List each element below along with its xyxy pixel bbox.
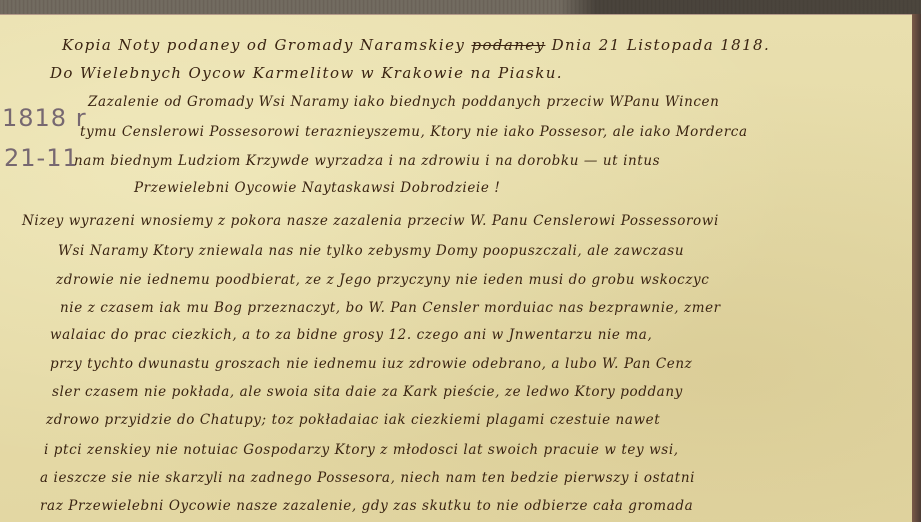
margin-note-date: 21-11 (4, 144, 79, 172)
header-line-2: Do Wielebnych Oycow Karmelitow w Krakowi… (50, 64, 563, 82)
text-line: zdrowie nie iednemu poodbierat, ze z Jeg… (56, 272, 709, 288)
margin-note-year: 1818 r (2, 104, 87, 132)
text-line: sler czasem nie pokłada, ale swoia sita … (52, 384, 683, 400)
text-line: Zazalenie od Gromady Wsi Naramy iako bie… (88, 94, 719, 110)
text-line: Nizey wyrazeni wnosiemy z pokora nasze z… (22, 213, 719, 229)
text-line: a ieszcze sie nie skarzyli na zadnego Po… (40, 470, 695, 486)
header-title-start: Kopia Noty podaney od Gromady Naramskiey (62, 36, 471, 54)
text-line: nam biednym Ludziom Krzywde wyrzadza i n… (74, 153, 660, 169)
text-line: nie z czasem iak mu Bog przeznaczyt, bo … (60, 300, 721, 316)
text-line: i ptci zenskiey nie notuiac Gospodarzy K… (44, 442, 679, 458)
text-line: zdrowo przyidzie do Chatupy; toz pokłada… (46, 412, 660, 428)
text-line: walaiac do prac ciezkich, a to za bidne … (50, 327, 652, 343)
text-line: raz Przewielebni Oycowie nasze zazalenie… (40, 498, 693, 514)
header-struck-word: podaney (471, 36, 545, 54)
text-line: przy tychto dwunastu groszach nie iednem… (50, 356, 692, 372)
text-line: Wsi Naramy Ktory zniewala nas nie tylko … (58, 243, 684, 259)
page-edge (912, 14, 921, 522)
header-line-1: Kopia Noty podaney od Gromady Naramskiey… (62, 36, 770, 54)
header-date: Dnia 21 Listopada 1818. (545, 36, 770, 54)
text-line: tymu Censlerowi Possesorowi teraznieysze… (80, 124, 748, 140)
text-line: Przewielebni Oycowie Naytaskawsi Dobrodz… (134, 180, 500, 196)
